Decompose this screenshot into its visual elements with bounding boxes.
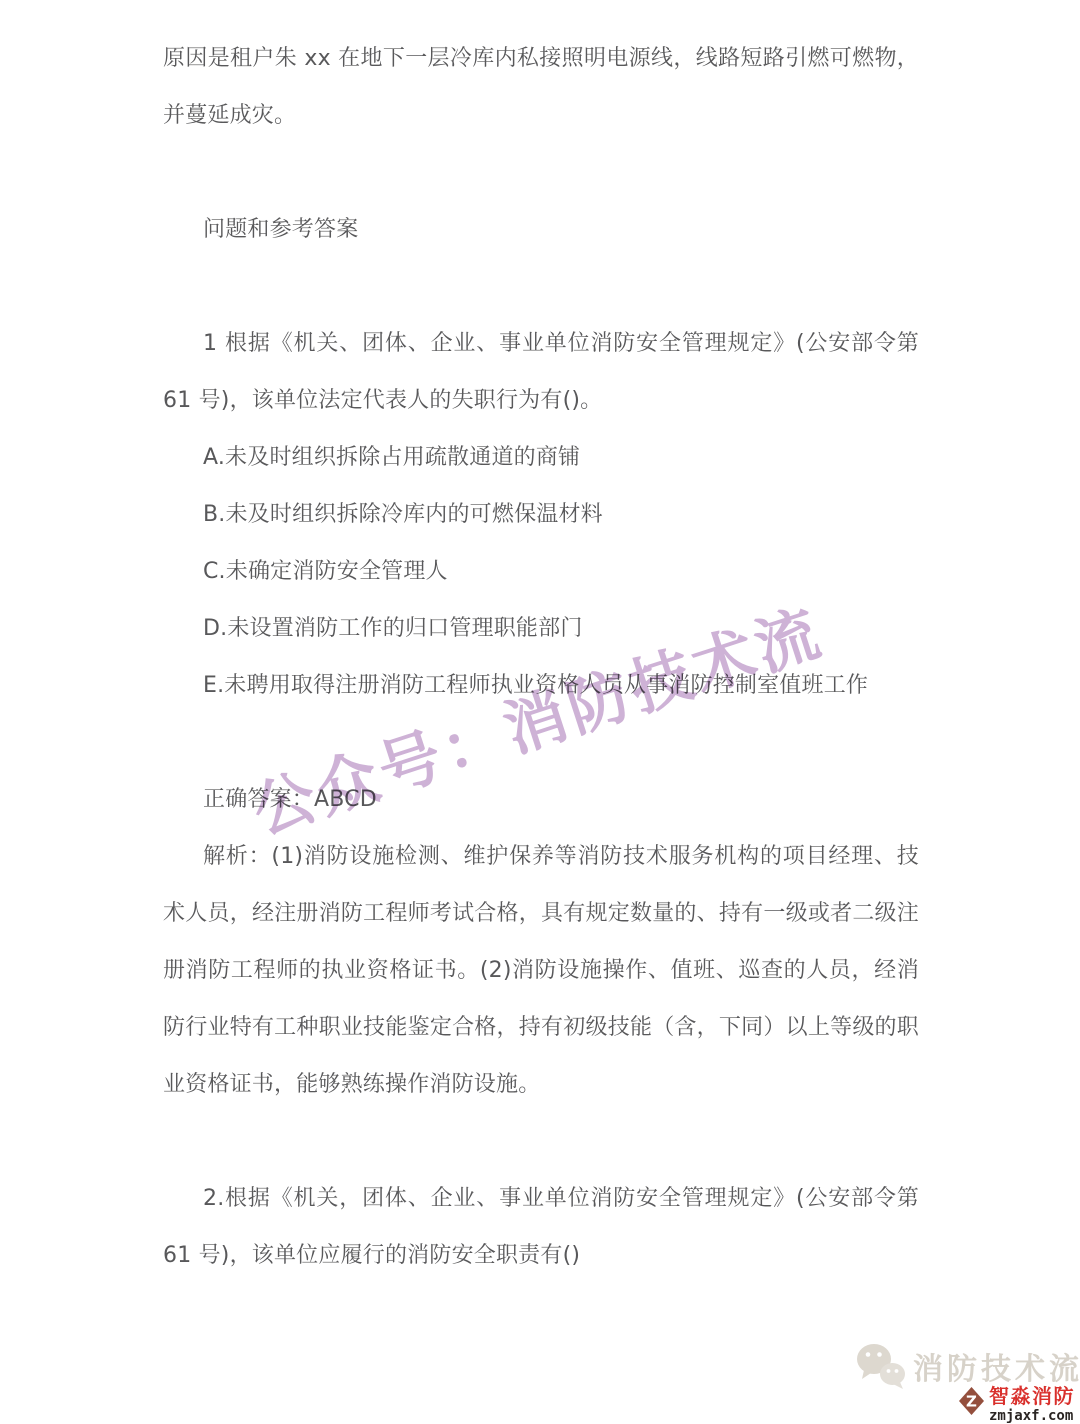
question-1-option-b: B.未及时组织拆除冷库内的可燃保温材料	[163, 486, 919, 543]
intro-paragraph: 原因是租户朱 xx 在地下一层冷库内私接照明电源线，线路短路引燃可燃物，并蔓延成…	[163, 30, 919, 144]
question-1-option-e: E.未聘用取得注册消防工程师执业资格人员从事消防控制室值班工作	[163, 657, 919, 714]
question-2-stem: 2.根据《机关，团体、企业、事业单位消防安全管理规定》(公安部令第 61 号)，…	[163, 1170, 919, 1284]
document-content: 原因是租户朱 xx 在地下一层冷库内私接照明电源线，线路短路引燃可燃物，并蔓延成…	[163, 30, 919, 1284]
question-1-analysis: 解析：(1)消防设施检测、维护保养等消防技术服务机构的项目经理、技术人员，经注册…	[163, 828, 919, 1113]
brand-logo: Z 智淼消防 zmjaxf.com	[958, 1386, 1075, 1423]
question-1-answer-block: 正确答案：ABCD 解析：(1)消防设施检测、维护保养等消防技术服务机构的项目经…	[163, 771, 919, 1113]
question-1-answer: 正确答案：ABCD	[163, 771, 919, 828]
question-1-option-d: D.未设置消防工作的归口管理职能部门	[163, 600, 919, 657]
svg-text:Z: Z	[966, 1393, 977, 1411]
brand-name: 智淼消防	[989, 1386, 1075, 1406]
channel-watermark-label: 消防技术流	[913, 1344, 1080, 1388]
wechat-icon	[854, 1340, 908, 1392]
question-1-option-c: C.未确定消防安全管理人	[163, 543, 919, 600]
question-1-option-a: A.未及时组织拆除占用疏散通道的商铺	[163, 429, 919, 486]
section-heading: 问题和参考答案	[163, 201, 919, 258]
question-1-stem: 1 根据《机关、团体、企业、事业单位消防安全管理规定》(公安部令第 61 号)，…	[163, 315, 919, 429]
zhimiao-diamond-icon: Z	[958, 1386, 985, 1416]
question-1-block: 1 根据《机关、团体、企业、事业单位消防安全管理规定》(公安部令第 61 号)，…	[163, 315, 919, 714]
brand-text: 智淼消防 zmjaxf.com	[989, 1386, 1075, 1423]
brand-url: zmjaxf.com	[989, 1409, 1075, 1423]
document-page: 原因是租户朱 xx 在地下一层冷库内私接照明电源线，线路短路引燃可燃物，并蔓延成…	[0, 0, 1080, 1424]
